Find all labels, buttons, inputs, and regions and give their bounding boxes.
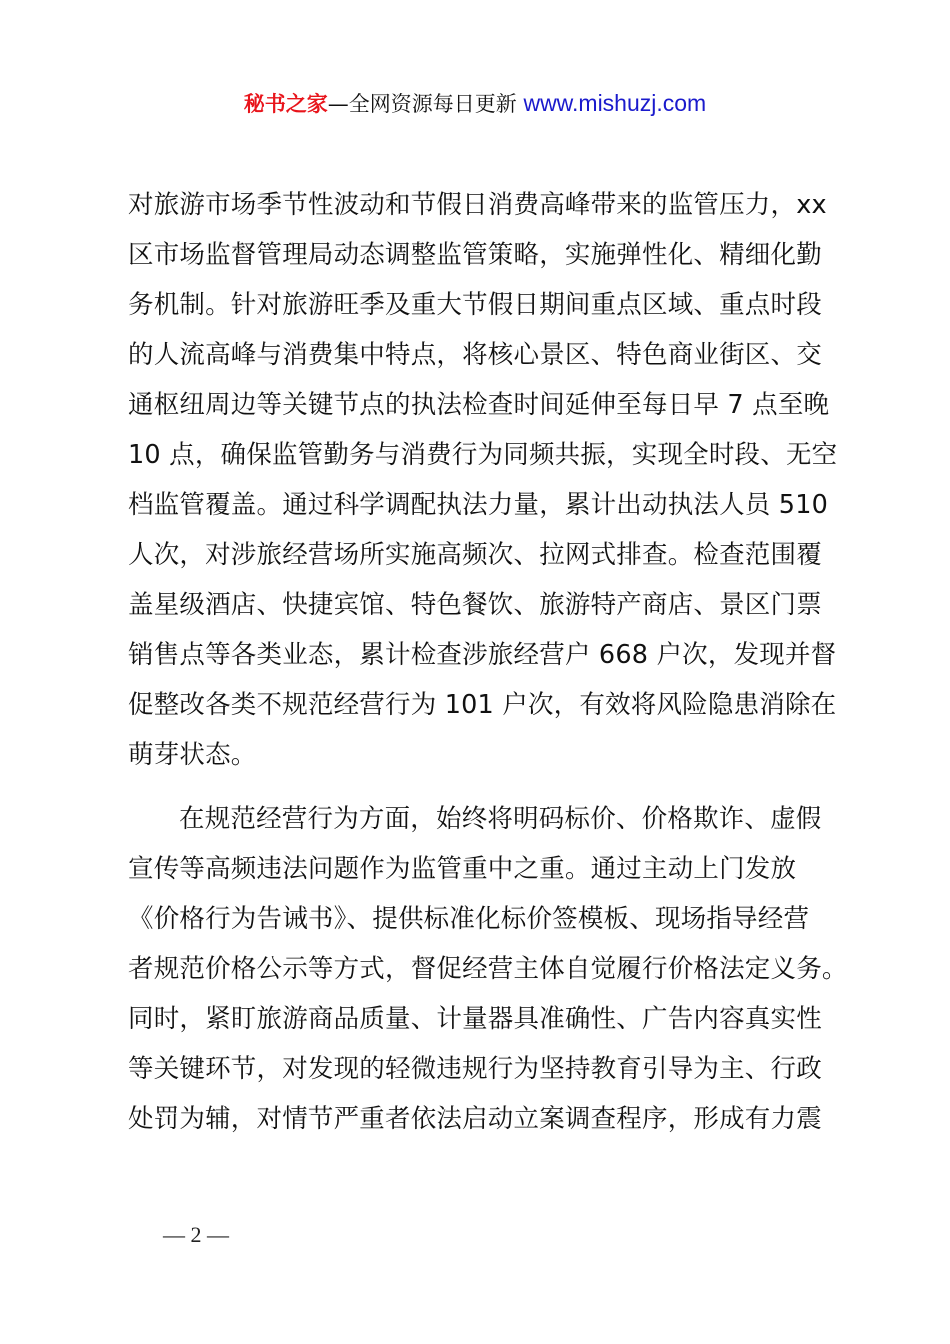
paragraph-spacer bbox=[128, 780, 836, 794]
text-line: 促整改各类不规范经营行为 101 户次，有效将风险隐患消除在 bbox=[128, 680, 836, 730]
page-number: — 2 — bbox=[163, 1222, 229, 1248]
text-line: 10 点，确保监管勤务与消费行为同频共振，实现全时段、无空 bbox=[128, 430, 836, 480]
text-line: 对旅游市场季节性波动和节假日消费高峰带来的监管压力，xx bbox=[128, 180, 836, 230]
site-url-link[interactable]: www.mishuzj.com bbox=[523, 90, 706, 116]
text-line: 通枢纽周边等关键节点的执法检查时间延伸至每日早 7 点至晚 bbox=[128, 380, 836, 430]
text-line: 务机制。针对旅游旺季及重大节假日期间重点区域、重点时段 bbox=[128, 280, 836, 330]
text-line: 《价格行为告诫书》、提供标准化标价签模板、现场指导经营 bbox=[128, 894, 836, 944]
text-line: 萌芽状态。 bbox=[128, 730, 836, 780]
text-line: 盖星级酒店、快捷宾馆、特色餐饮、旅游特产商店、景区门票 bbox=[128, 580, 836, 630]
text-line: 处罚为辅，对情节严重者依法启动立案调查程序，形成有力震 bbox=[128, 1094, 836, 1144]
paragraph-business-conduct: 在规范经营行为方面，始终将明码标价、价格欺诈、虚假 宣传等高频违法问题作为监管重… bbox=[128, 794, 836, 1144]
paragraph-tourism-supervision: 对旅游市场季节性波动和节假日消费高峰带来的监管压力，xx 区市场监督管理局动态调… bbox=[128, 180, 836, 780]
site-banner: 秘书之家—全网资源每日更新 www.mishuzj.com bbox=[0, 88, 950, 119]
text-line: 宣传等高频违法问题作为监管重中之重。通过主动上门发放 bbox=[128, 844, 836, 894]
text-line: 在规范经营行为方面，始终将明码标价、价格欺诈、虚假 bbox=[128, 794, 836, 844]
document-body: 对旅游市场季节性波动和节假日消费高峰带来的监管压力，xx 区市场监督管理局动态调… bbox=[128, 180, 836, 1144]
text-line: 者规范价格公示等方式，督促经营主体自觉履行价格法定义务。 bbox=[128, 944, 836, 994]
brand-name: 秘书之家 bbox=[244, 92, 328, 116]
text-line: 档监管覆盖。通过科学调配执法力量，累计出动执法人员 510 bbox=[128, 480, 836, 530]
text-line: 销售点等各类业态，累计检查涉旅经营户 668 户次，发现并督 bbox=[128, 630, 836, 680]
text-line: 同时，紧盯旅游商品质量、计量器具准确性、广告内容真实性 bbox=[128, 994, 836, 1044]
banner-slogan: —全网资源每日更新 bbox=[328, 92, 517, 116]
text-line: 等关键环节，对发现的轻微违规行为坚持教育引导为主、行政 bbox=[128, 1044, 836, 1094]
text-line: 人次，对涉旅经营场所实施高频次、拉网式排查。检查范围覆 bbox=[128, 530, 836, 580]
text-line: 区市场监督管理局动态调整监管策略，实施弹性化、精细化勤 bbox=[128, 230, 836, 280]
text-line: 的人流高峰与消费集中特点，将核心景区、特色商业街区、交 bbox=[128, 330, 836, 380]
